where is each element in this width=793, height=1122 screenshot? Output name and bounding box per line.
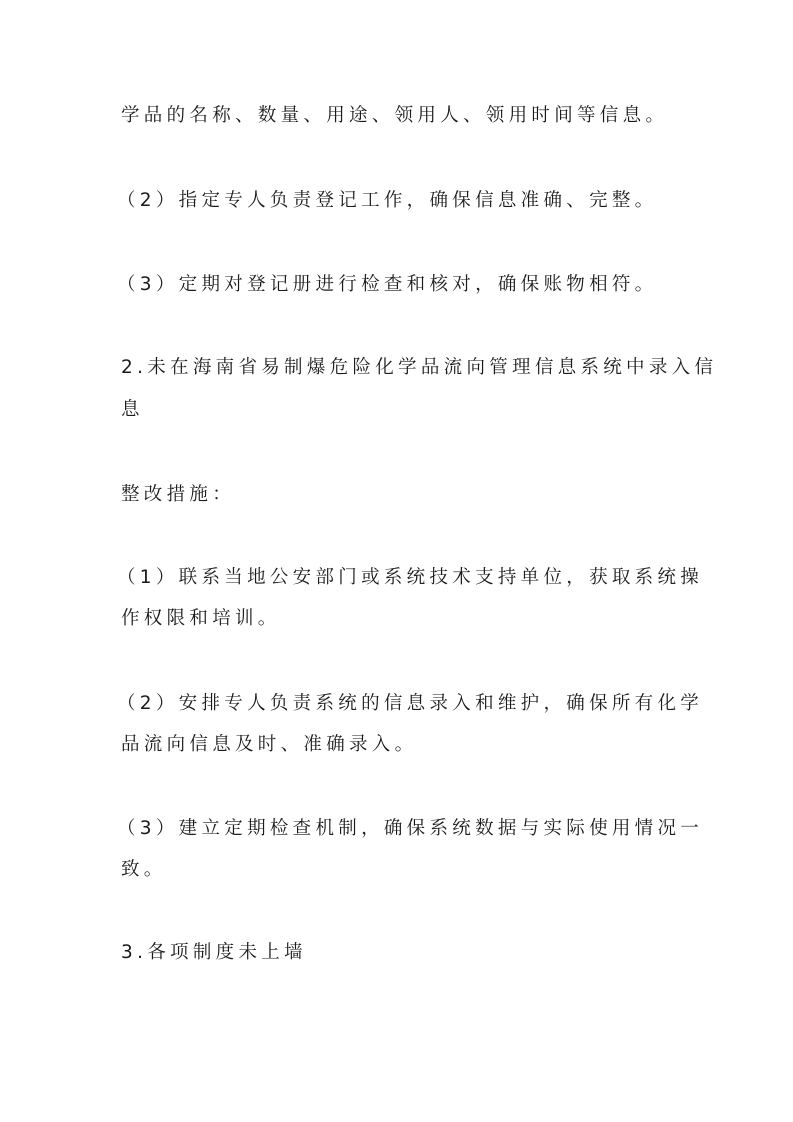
measure-3-line-2: 致。 bbox=[121, 858, 167, 882]
section-heading-2-line-1: 2.未在海南省易制爆危险化学品流向管理信息系统中录入信 bbox=[121, 356, 717, 380]
rectification-measures-label: 整改措施： bbox=[121, 483, 235, 507]
document-page: 学品的名称、数量、用途、领用人、领用时间等信息。 （2）指定专人负责登记工作，确… bbox=[0, 0, 793, 1122]
paragraph-line-measure-3: （3）定期对登记册进行检查和核对，确保账物相符。 bbox=[117, 273, 657, 297]
section-heading-3: 3.各项制度未上墙 bbox=[121, 941, 307, 965]
measure-2-line-1: （2）安排专人负责系统的信息录入和维护，确保所有化学 bbox=[117, 692, 703, 716]
measure-3-line-1: （3）建立定期检查机制，确保系统数据与实际使用情况一 bbox=[117, 817, 703, 841]
paragraph-line-registration-info: 学品的名称、数量、用途、领用人、领用时间等信息。 bbox=[121, 104, 668, 128]
measure-1-line-2: 作权限和培训。 bbox=[121, 607, 281, 631]
paragraph-line-measure-2: （2）指定专人负责登记工作，确保信息准确、完整。 bbox=[117, 189, 657, 213]
measure-2-line-2: 品流向信息及时、准确录入。 bbox=[121, 733, 417, 757]
measure-1-line-1: （1）联系当地公安部门或系统技术支持单位，获取系统操 bbox=[117, 566, 703, 590]
section-heading-2-line-2: 息 bbox=[121, 398, 144, 422]
